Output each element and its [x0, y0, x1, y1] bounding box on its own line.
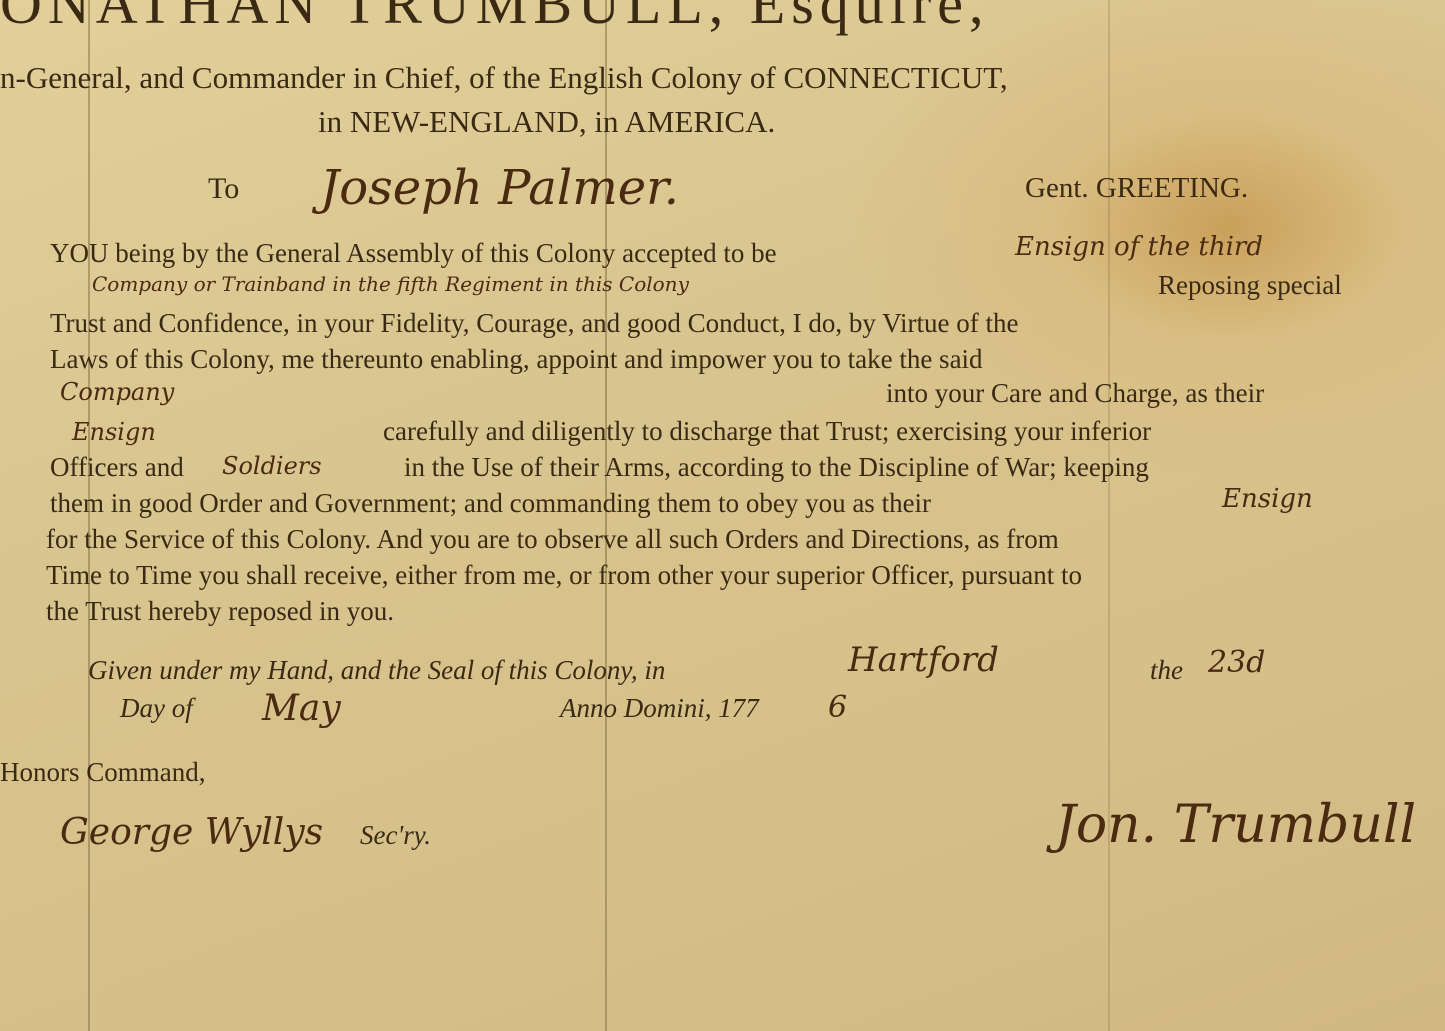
hand-rank: Ensign of the third: [1015, 232, 1263, 262]
body-line: into your Care and Charge, as their: [886, 378, 1264, 409]
title-line-1: n-General, and Commander in Chief, of th…: [0, 60, 1008, 96]
body-line: Time to Time you shall receive, either f…: [46, 560, 1082, 591]
hand-company: Company: [60, 378, 174, 406]
body-line: in the Use of their Arms, according to t…: [404, 452, 1149, 483]
secretary-label: Sec'ry.: [360, 820, 431, 851]
hand-unit: Company or Trainband in the fifth Regime…: [92, 272, 689, 296]
hand-day: 23d: [1208, 645, 1265, 680]
command-label: Honors Command,: [0, 757, 206, 788]
body-line: Trust and Confidence, in your Fidelity, …: [50, 308, 1019, 339]
hand-place: Hartford: [848, 640, 999, 680]
hand-ensign: Ensign: [72, 418, 156, 446]
governor-signature: Jon. Trumbull: [1055, 795, 1416, 855]
hand-soldiers: Soldiers: [222, 452, 322, 480]
greeting-label: Gent. GREETING.: [1025, 172, 1248, 205]
recipient-name: Joseph Palmer.: [320, 160, 679, 216]
anno-domini: Anno Domini, 177: [560, 693, 759, 724]
body-line: for the Service of this Colony. And you …: [46, 524, 1059, 555]
to-label: To: [208, 172, 239, 206]
body-line: Reposing special: [1158, 270, 1342, 301]
body-line: them in good Order and Government; and c…: [50, 488, 931, 519]
body-line: YOU being by the General Assembly of thi…: [50, 238, 777, 269]
document-title: ONATHAN TRUMBULL, Esquire,: [0, 0, 989, 37]
body-line: Officers and: [50, 452, 184, 483]
body-line: carefully and diligently to discharge th…: [383, 416, 1151, 447]
title-line-2: in NEW-ENGLAND, in AMERICA.: [318, 104, 775, 140]
secretary-signature: George Wyllys: [60, 812, 323, 853]
given-line: Given under my Hand, and the Seal of thi…: [88, 655, 665, 686]
body-line: Laws of this Colony, me thereunto enabli…: [50, 344, 983, 375]
hand-ensign-2: Ensign: [1222, 484, 1313, 514]
day-of-label: Day of: [120, 693, 193, 724]
body-line: the Trust hereby reposed in you.: [46, 596, 394, 627]
hand-year-digit: 6: [828, 690, 847, 725]
hand-month: May: [262, 688, 341, 729]
the-label: the: [1150, 655, 1183, 686]
